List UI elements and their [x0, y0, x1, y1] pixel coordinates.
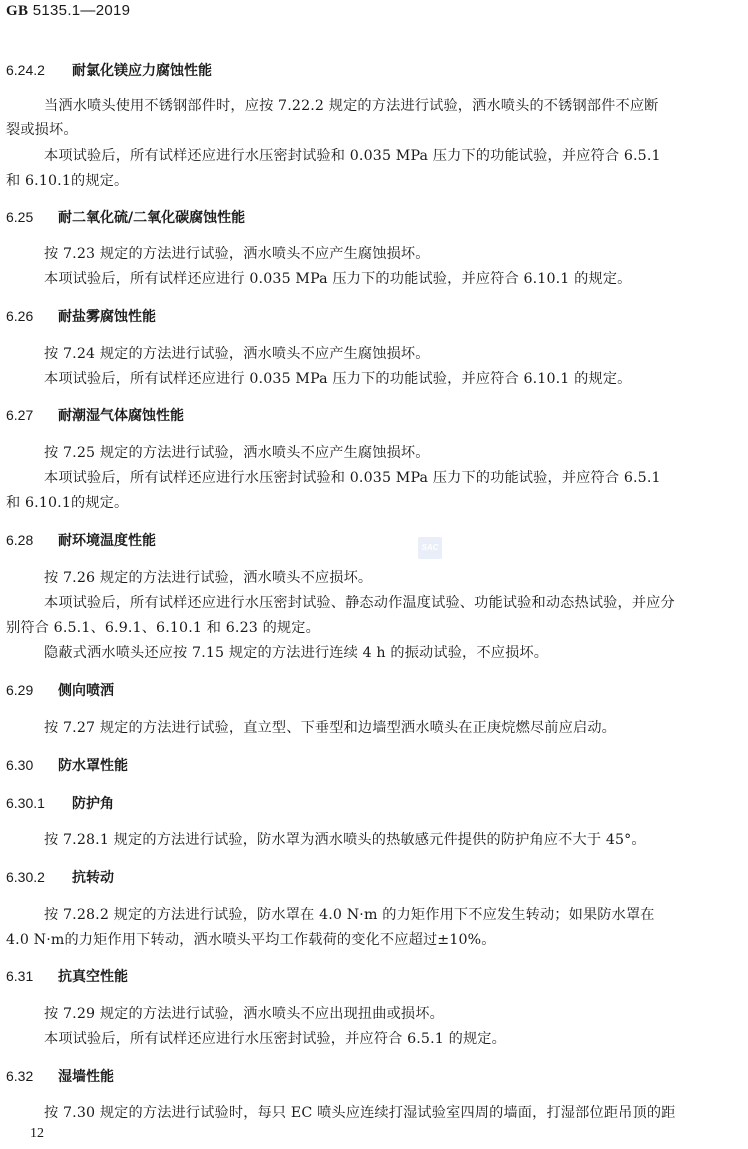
paragraph-line: 和 6.10.1的规定。: [6, 492, 128, 512]
section-heading: 6.26耐盐雾腐蚀性能: [6, 306, 156, 326]
paragraph-line: 按 7.23 规定的方法进行试验，洒水喷头不应产生腐蚀损坏。: [44, 243, 430, 263]
section-heading: 6.32湿墙性能: [6, 1066, 114, 1086]
paragraph-line: 本项试验后，所有试样还应进行 0.035 MPa 压力下的功能试验，并应符合 6…: [44, 268, 632, 288]
section-title: 防护角: [72, 796, 114, 812]
section-heading: 6.28耐环境温度性能: [6, 530, 156, 550]
paragraph-line: 本项试验后，所有试样还应进行 0.035 MPa 压力下的功能试验，并应符合 6…: [44, 368, 632, 388]
section-title: 耐盐雾腐蚀性能: [58, 309, 156, 325]
paragraph-line: 按 7.24 规定的方法进行试验，洒水喷头不应产生腐蚀损坏。: [44, 343, 430, 363]
section-title: 湿墙性能: [58, 1069, 114, 1085]
paragraph-line: 按 7.29 规定的方法进行试验，洒水喷头不应出现扭曲或损坏。: [44, 1003, 444, 1023]
paragraph-line: 本项试验后，所有试样还应进行水压密封试验和 0.035 MPa 压力下的功能试验…: [44, 467, 661, 487]
section-heading: 6.29侧向喷洒: [6, 680, 114, 700]
section-heading: 6.24.2耐氯化镁应力腐蚀性能: [6, 60, 212, 80]
paragraph-line: 按 7.27 规定的方法进行试验，直立型、下垂型和边墙型洒水喷头在正庚烷燃尽前应…: [44, 717, 616, 737]
paragraph-line: 按 7.28.1 规定的方法进行试验，防水罩为洒水喷头的热敏感元件提供的防护角应…: [44, 829, 646, 849]
section-title: 耐氯化镁应力腐蚀性能: [72, 63, 212, 79]
paragraph-line: 和 6.10.1的规定。: [6, 170, 128, 190]
section-number: 6.30.2: [6, 869, 72, 885]
paragraph-line: 隐蔽式洒水喷头还应按 7.15 规定的方法进行连续 4 h 的振动试验，不应损坏…: [44, 642, 548, 662]
standard-header: GB 5135.1—2019: [6, 2, 130, 20]
paragraph-line: 别符合 6.5.1、6.9.1、6.10.1 和 6.23 的规定。: [6, 617, 320, 637]
paragraph-line: 本项试验后，所有试样还应进行水压密封试验和 0.035 MPa 压力下的功能试验…: [44, 145, 661, 165]
section-heading: 6.27耐潮湿气体腐蚀性能: [6, 405, 184, 425]
section-number: 6.30: [6, 757, 58, 773]
page-number: 12: [30, 1126, 44, 1142]
section-number: 6.27: [6, 407, 58, 423]
paragraph-line: 4.0 N·m的力矩作用下转动，洒水喷头平均工作载荷的变化不应超过±10%。: [6, 929, 496, 949]
standard-code: 5135.1—2019: [33, 2, 131, 19]
section-title: 抗真空性能: [58, 969, 128, 985]
section-number: 6.29: [6, 682, 58, 698]
section-number: 6.28: [6, 532, 58, 548]
document-page: GB 5135.1—2019 6.24.2耐氯化镁应力腐蚀性能 当洒水喷头使用不…: [0, 0, 748, 1149]
section-number: 6.30.1: [6, 795, 72, 811]
section-title: 侧向喷洒: [58, 683, 114, 699]
section-number: 6.26: [6, 308, 58, 324]
section-number: 6.25: [6, 209, 58, 225]
paragraph-line: 本项试验后，所有试样还应进行水压密封试验，并应符合 6.5.1 的规定。: [44, 1028, 506, 1048]
section-heading: 6.31抗真空性能: [6, 966, 128, 986]
paragraph-line: 按 7.25 规定的方法进行试验，洒水喷头不应产生腐蚀损坏。: [44, 442, 430, 462]
section-number: 6.31: [6, 968, 58, 984]
section-title: 耐环境温度性能: [58, 533, 156, 549]
section-heading: 6.30防水罩性能: [6, 755, 128, 775]
paragraph-line: 按 7.26 规定的方法进行试验，洒水喷头不应损坏。: [44, 567, 372, 587]
section-title: 防水罩性能: [58, 758, 128, 774]
standard-prefix: GB: [6, 3, 28, 19]
section-title: 抗转动: [72, 870, 114, 886]
sac-watermark-logo: SAC: [418, 537, 442, 559]
section-number: 6.24.2: [6, 62, 72, 78]
section-title: 耐二氧化硫/二氧化碳腐蚀性能: [58, 210, 245, 226]
paragraph-line: 裂或损坏。: [6, 119, 78, 139]
paragraph-line: 当洒水喷头使用不锈钢部件时，应按 7.22.2 规定的方法进行试验，洒水喷头的不…: [44, 95, 659, 115]
paragraph-line: 按 7.28.2 规定的方法进行试验，防水罩在 4.0 N·m 的力矩作用下不应…: [44, 904, 655, 924]
section-heading: 6.25耐二氧化硫/二氧化碳腐蚀性能: [6, 207, 245, 227]
paragraph-line: 按 7.30 规定的方法进行试验时，每只 EC 喷头应连续打湿试验室四周的墙面，…: [44, 1102, 676, 1122]
section-title: 耐潮湿气体腐蚀性能: [58, 408, 184, 424]
section-heading: 6.30.1防护角: [6, 793, 114, 813]
paragraph-line: 本项试验后，所有试样还应进行水压密封试验、静态动作温度试验、功能试验和动态热试验…: [44, 592, 675, 612]
section-number: 6.32: [6, 1068, 58, 1084]
section-heading: 6.30.2抗转动: [6, 867, 114, 887]
